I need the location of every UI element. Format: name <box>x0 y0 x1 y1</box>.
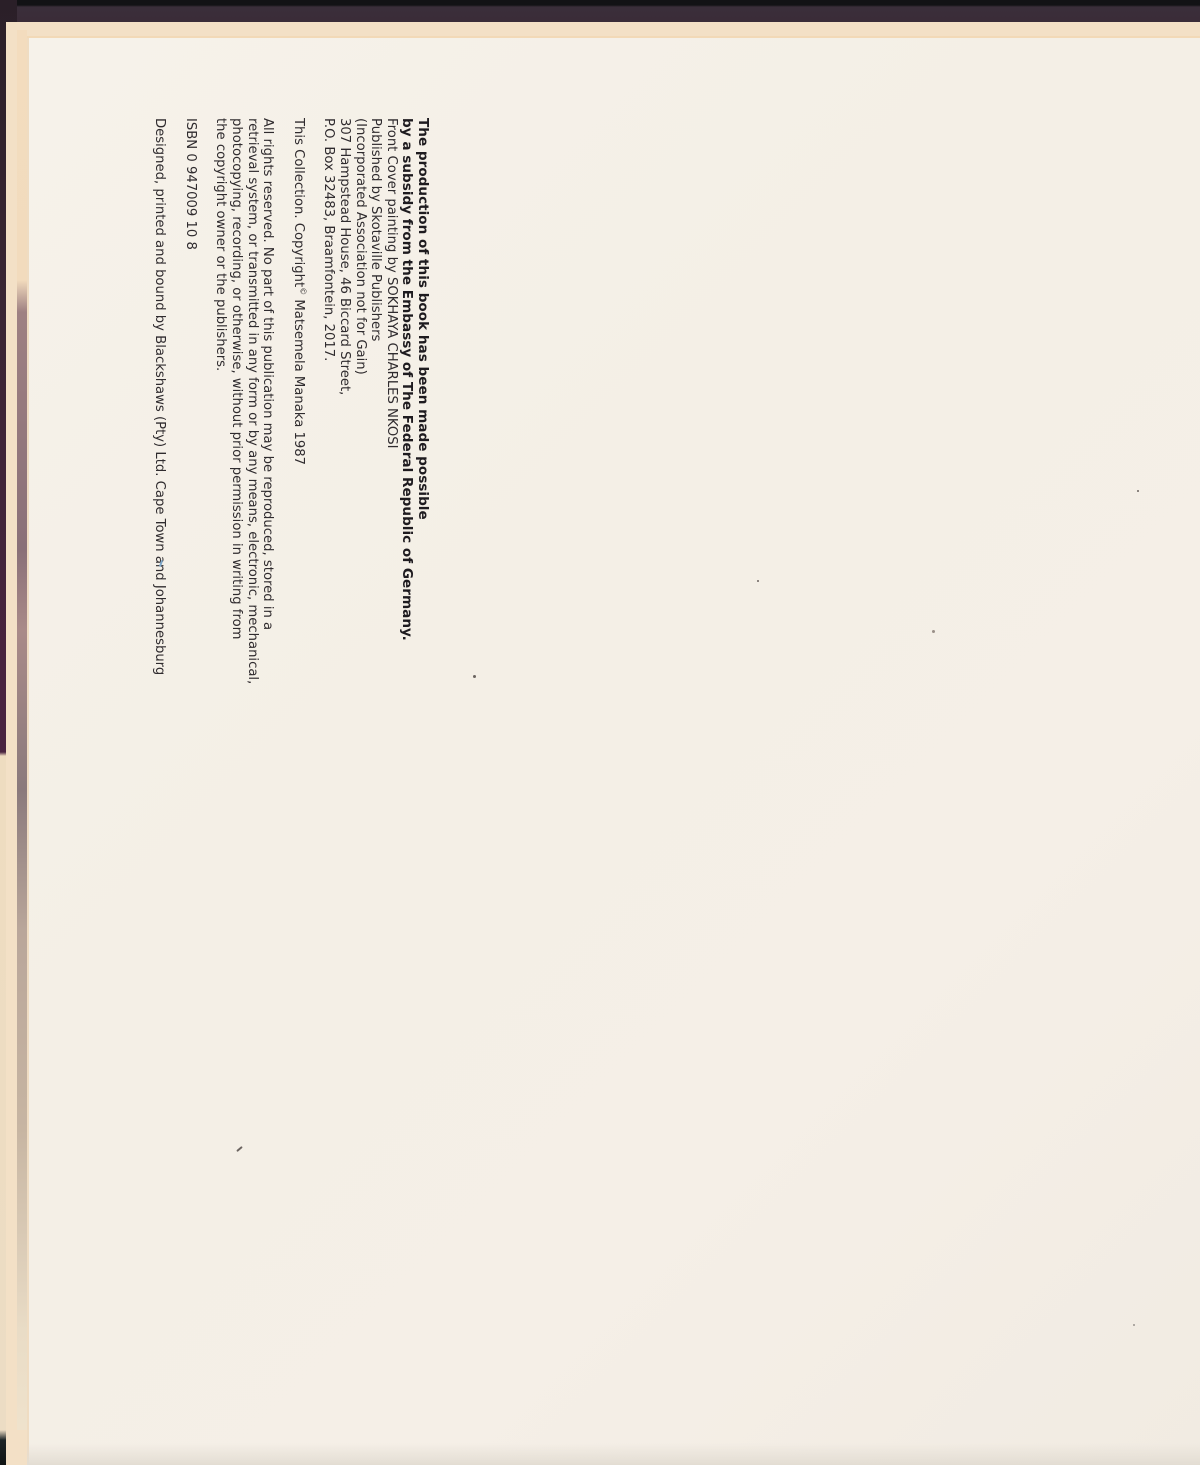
paper-speck <box>1133 1324 1135 1326</box>
publisher-status: (Incorporated Association not for Gain) <box>352 118 368 758</box>
copyright-symbol: © <box>298 287 307 295</box>
paper-speck <box>473 675 476 678</box>
rights-line-2: retrieval system, or transmitted in any … <box>244 118 260 758</box>
copyright-line: This Collection. Copyright© Matsemela Ma… <box>290 118 306 758</box>
endpaper-left-strip <box>17 30 27 1430</box>
subsidy-line-2: by a subsidy from the Embassy of The Fed… <box>399 118 415 758</box>
copyright-imprint: The production of this book has been mad… <box>152 118 430 758</box>
cover-credit: Front Cover painting by SOKHAYA CHARLES … <box>383 118 399 758</box>
isbn: ISBN 0 947009 10 8 <box>182 118 198 758</box>
page-bottom-shadow <box>27 1443 1200 1465</box>
paper-speck <box>1137 490 1139 492</box>
publisher-po-box: P.O. Box 32483, Braamfontein, 2017. <box>321 118 337 758</box>
subsidy-line-1: The production of this book has been mad… <box>414 118 430 758</box>
paper-speck <box>932 630 935 633</box>
publisher-address: 307 Hampstead House, 46 Biccard Street, <box>336 118 352 758</box>
rights-line-3: photocopying, recording, or otherwise, w… <box>228 118 244 758</box>
printer-credit: Designed, printed and bound by Blackshaw… <box>152 118 168 758</box>
copyright-prefix: This Collection. Copyright <box>291 118 306 287</box>
publisher-name: Published by Skotaville Publishers <box>368 118 384 758</box>
copyright-holder: Matsemela Manaka 1987 <box>291 295 306 465</box>
paper-speck <box>757 580 759 582</box>
rights-line-4: the copyright owner or the publishers. <box>213 118 229 758</box>
publisher-block: Front Cover painting by SOKHAYA CHARLES … <box>321 118 399 758</box>
rights-line-1: All rights reserved. No part of this pub… <box>260 118 276 758</box>
subsidy-notice: The production of this book has been mad… <box>399 118 430 758</box>
rights-notice: All rights reserved. No part of this pub… <box>213 118 275 758</box>
